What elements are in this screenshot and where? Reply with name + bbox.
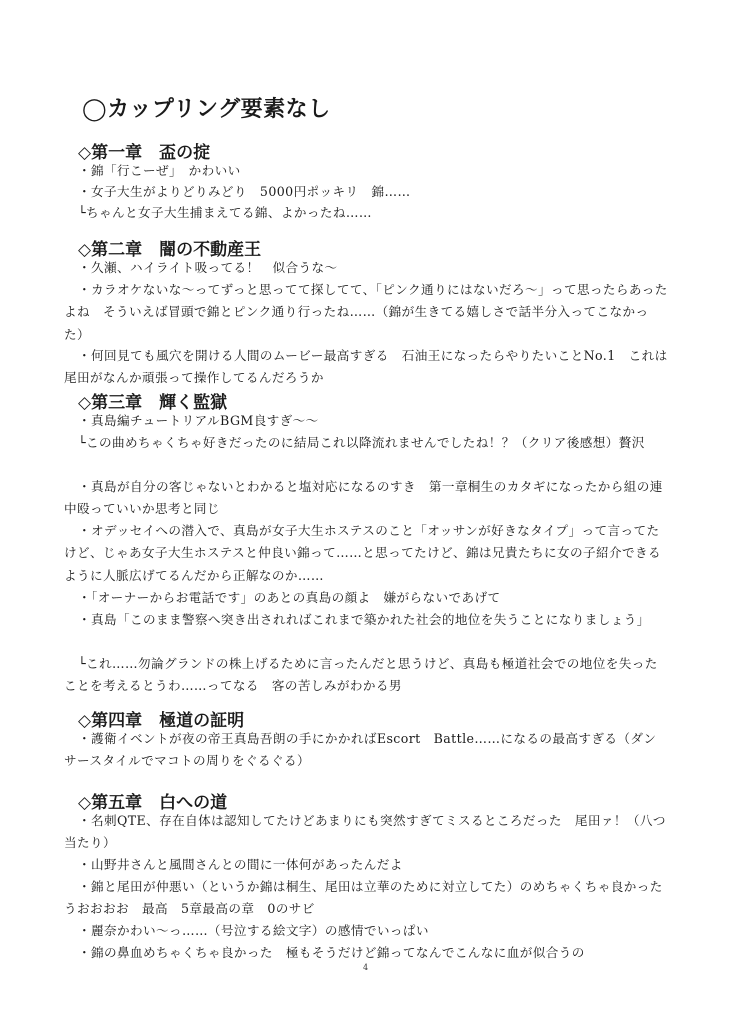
chapter-5-item-5: ・錦の鼻血めちゃくちゃ良かった 極もそうだけど錦ってなんでこんなに血が似合うの [64,942,668,964]
chapter-5-item-1: ・名刺QTE、存在自体は認知してたけどあまりにも突然すぎてミスるところだった 尾… [64,810,668,855]
chapter-3-item-2: └この曲めちゃくちゃ好きだったのに結局これ以降流れませんでしたね！？（クリア後感… [64,432,668,454]
chapter-5-item-3: ・錦と尾田が仲悪い（というか錦は桐生、尾田は立華のために対立してた）のめちゃくち… [64,876,668,921]
chapter-3-item-3: ・真島が自分の客じゃないとわかると塩対応になるのすき 第一章桐生のカタギになった… [64,476,668,521]
chapter-2-item-1: ・久瀬、ハイライト吸ってる！ 似合うな～ [64,257,668,279]
chapter-3-item-1: ・真島編チュートリアルBGM良すぎ～～ [64,410,668,432]
chapter-5-item-2: ・山野井さんと風間さんとの間に一体何があったんだよ [64,854,668,876]
chapter-4-item-1: ・護衛イベントが夜の帝王真島吾朗の手にかかればEscort Battle……にな… [64,728,668,773]
chapter-3-item-6: ・真島「このまま警察へ突き出されればこれまで築かれた社会的地位を失うことになりま… [64,609,668,631]
chapter-1-item-2: ・女子大生がよりどりみどり 5000円ポッキリ 錦…… [78,181,668,203]
page-title: ◯カップリング要素なし [82,92,331,123]
document-page: ◯カップリング要素なし ◇第一章 盃の掟 ・錦「行こーぜ」 かわいい ・女子大生… [0,0,731,1024]
chapter-2-item-3: ・何回見ても風穴を開ける人間のムービー最高すぎる 石油王になったらやりたいことN… [64,345,668,390]
chapter-3-item-7: └これ……勿論グランドの株上げるために言ったんだと思うけど、真島も極道社会での地… [64,653,668,698]
chapter-2-item-2: ・カラオケないな～ってずっと思ってて探してて、「ピンク通りにはないだろ～」って思… [64,279,668,346]
chapter-1-item-3: └ちゃんと女子大生捕まえてる錦、よかったね…… [78,202,668,224]
chapter-3-item-5: ・「オーナーからお電話です」のあとの真島の顔よ 嫌がらないであげて [64,587,668,609]
chapter-3-item-4: ・オデッセイへの潜入で、真島が女子大生ホステスのこと「オッサンが好きなタイプ」っ… [64,520,668,587]
chapter-1-item-1: ・錦「行こーぜ」 かわいい [78,160,668,182]
page-number: 4 [0,963,731,972]
chapter-5-item-4: ・麗奈かわい～っ……（号泣する絵文字）の感情でいっぱい [64,920,668,942]
